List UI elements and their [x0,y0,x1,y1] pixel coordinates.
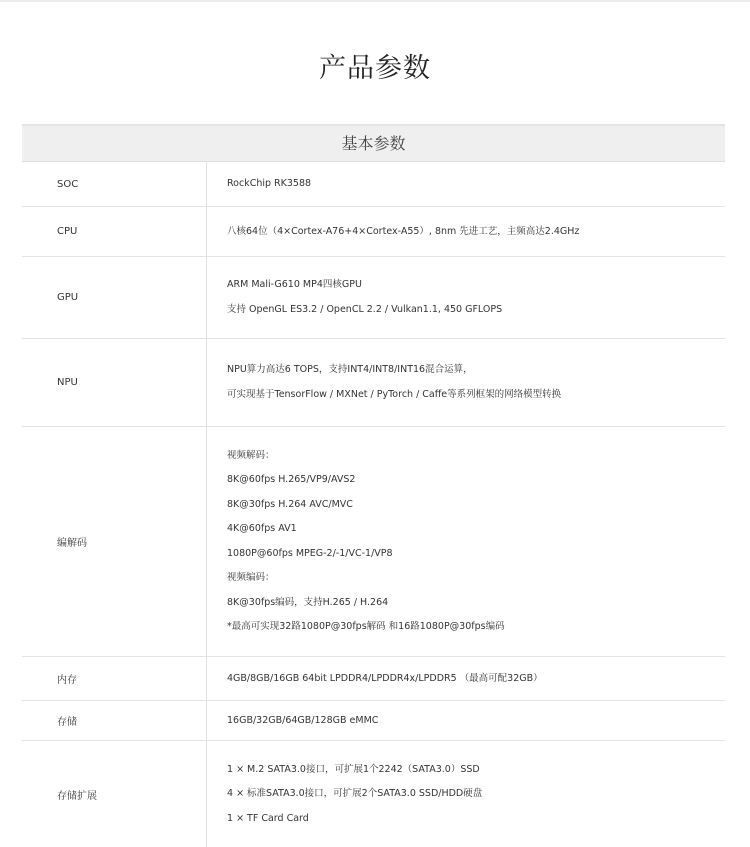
spec-value: NPU算力高达6 TOPS，支持INT4/INT8/INT16混合运算， 可实现… [207,339,725,426]
spec-label: SOC [22,162,207,206]
spec-label: GPU [22,257,207,338]
spec-row-storage-expansion: 存储扩展 1 × M.2 SATA3.0接口，可扩展1个2242（SATA3.0… [22,741,725,847]
spec-value-line: 八核64位（4×Cortex-A76+4×Cortex-A55）, 8nm 先进… [227,226,725,238]
spec-value-line: 可实现基于TensorFlow / MXNet / PyTorch / Caff… [227,389,725,401]
spec-value-line: 8K@30fps H.264 AVC/MVC [227,499,725,511]
spec-value-line: 1 × TF Card Card [227,813,725,825]
spec-value-line: 支持 OpenGL ES3.2 / OpenCL 2.2 / Vulkan1.1… [227,304,725,316]
spec-row-gpu: GPU ARM Mali-G610 MP4四核GPU 支持 OpenGL ES3… [22,257,725,339]
spec-value: 4GB/8GB/16GB 64bit LPDDR4/LPDDR4x/LPDDR5… [207,657,725,700]
spec-row-npu: NPU NPU算力高达6 TOPS，支持INT4/INT8/INT16混合运算，… [22,339,725,427]
spec-value-line: 1080P@60fps MPEG-2/-1/VC-1/VP8 [227,548,725,560]
spec-value-line: ARM Mali-G610 MP4四核GPU [227,279,725,291]
spec-row-cpu: CPU 八核64位（4×Cortex-A76+4×Cortex-A55）, 8n… [22,207,725,257]
section-header: 基本参数 [22,124,725,162]
spec-label: NPU [22,339,207,426]
spec-row-soc: SOC RockChip RK3588 [22,162,725,207]
spec-label: 内存 [22,657,207,700]
spec-label: 存储扩展 [22,741,207,847]
spec-label: 存储 [22,701,207,740]
spec-row-memory: 内存 4GB/8GB/16GB 64bit LPDDR4/LPDDR4x/LPD… [22,657,725,701]
spec-value-line: 视频解码： [227,450,725,462]
spec-value-line: *最高可实现32路1080P@30fps解码 和16路1080P@30fps编码 [227,621,725,633]
spec-row-storage: 存储 16GB/32GB/64GB/128GB eMMC [22,701,725,741]
spec-value-line: 4GB/8GB/16GB 64bit LPDDR4/LPDDR4x/LPDDR5… [227,673,725,685]
spec-value: 视频解码： 8K@60fps H.265/VP9/AVS2 8K@30fps H… [207,427,725,656]
spec-table: 基本参数 SOC RockChip RK3588 CPU 八核64位（4×Cor… [22,124,725,847]
spec-value-line: NPU算力高达6 TOPS，支持INT4/INT8/INT16混合运算， [227,364,725,376]
spec-value-line: 16GB/32GB/64GB/128GB eMMC [227,715,725,727]
spec-value-line: RockChip RK3588 [227,178,725,190]
spec-value-line: 视频编码： [227,572,725,584]
spec-value: 八核64位（4×Cortex-A76+4×Cortex-A55）, 8nm 先进… [207,207,725,256]
spec-value: RockChip RK3588 [207,162,725,206]
spec-value-line: 8K@30fps编码，支持H.265 / H.264 [227,597,725,609]
spec-value: 1 × M.2 SATA3.0接口，可扩展1个2242（SATA3.0）SSD … [207,741,725,847]
spec-value-line: 8K@60fps H.265/VP9/AVS2 [227,474,725,486]
spec-value: 16GB/32GB/64GB/128GB eMMC [207,701,725,740]
spec-row-codec: 编解码 视频解码： 8K@60fps H.265/VP9/AVS2 8K@30f… [22,427,725,657]
spec-label: 编解码 [22,427,207,656]
spec-value-line: 4 × 标准SATA3.0接口，可扩展2个SATA3.0 SSD/HDD硬盘 [227,788,725,800]
page-title: 产品参数 [0,51,750,87]
spec-value: ARM Mali-G610 MP4四核GPU 支持 OpenGL ES3.2 /… [207,257,725,338]
spec-value-line: 1 × M.2 SATA3.0接口，可扩展1个2242（SATA3.0）SSD [227,764,725,776]
spec-label: CPU [22,207,207,256]
spec-value-line: 4K@60fps AV1 [227,523,725,535]
